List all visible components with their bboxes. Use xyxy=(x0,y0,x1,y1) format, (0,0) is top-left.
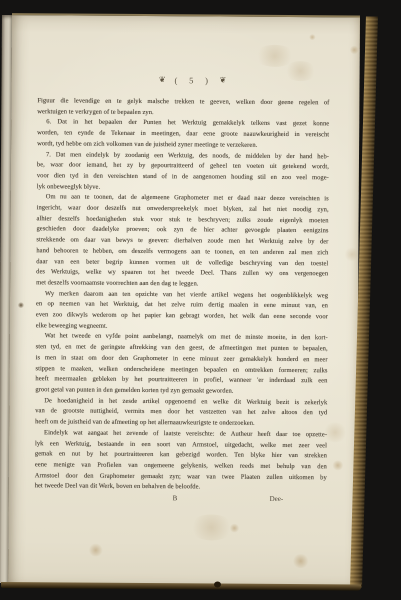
foxing-stain xyxy=(254,45,296,67)
foxing-stain xyxy=(292,554,309,568)
foxing-stain xyxy=(229,524,239,533)
fleuron-icon: ❦ xyxy=(159,76,166,84)
fleuron-icon: ❦ xyxy=(219,77,226,85)
foxing-stain xyxy=(309,34,316,40)
text-line: het tweede Deel van dit Werk, boven en b… xyxy=(35,482,327,495)
ink-speck xyxy=(18,302,24,308)
foxing-stain xyxy=(344,247,359,261)
text-block: ❦ ( 5 ) ❦ Figuur die levendige en te gel… xyxy=(35,73,330,507)
bottom-page-edge xyxy=(1,582,361,591)
page-footer: B Dee- xyxy=(35,493,327,507)
foxing-stain xyxy=(332,460,344,470)
book-page: ❦ ( 5 ) ❦ Figuur die levendige en te gel… xyxy=(8,13,360,589)
foxing-stain xyxy=(188,514,234,540)
foxing-stain xyxy=(350,45,359,54)
scanned-book-photo: ❦ ( 5 ) ❦ Figuur die levendige en te gel… xyxy=(0,0,401,600)
book-block: ❦ ( 5 ) ❦ Figuur die levendige en te gel… xyxy=(0,13,374,592)
catchword: Dee- xyxy=(270,495,284,503)
signature-mark: B xyxy=(173,494,178,502)
page-header: ❦ ( 5 ) ❦ xyxy=(55,73,329,87)
text-body: Figuur die levendige en te gelyk malsche… xyxy=(35,96,330,494)
page-number: ( 5 ) xyxy=(175,75,211,85)
edge-speck xyxy=(214,581,221,587)
foxing-stain xyxy=(88,544,103,557)
